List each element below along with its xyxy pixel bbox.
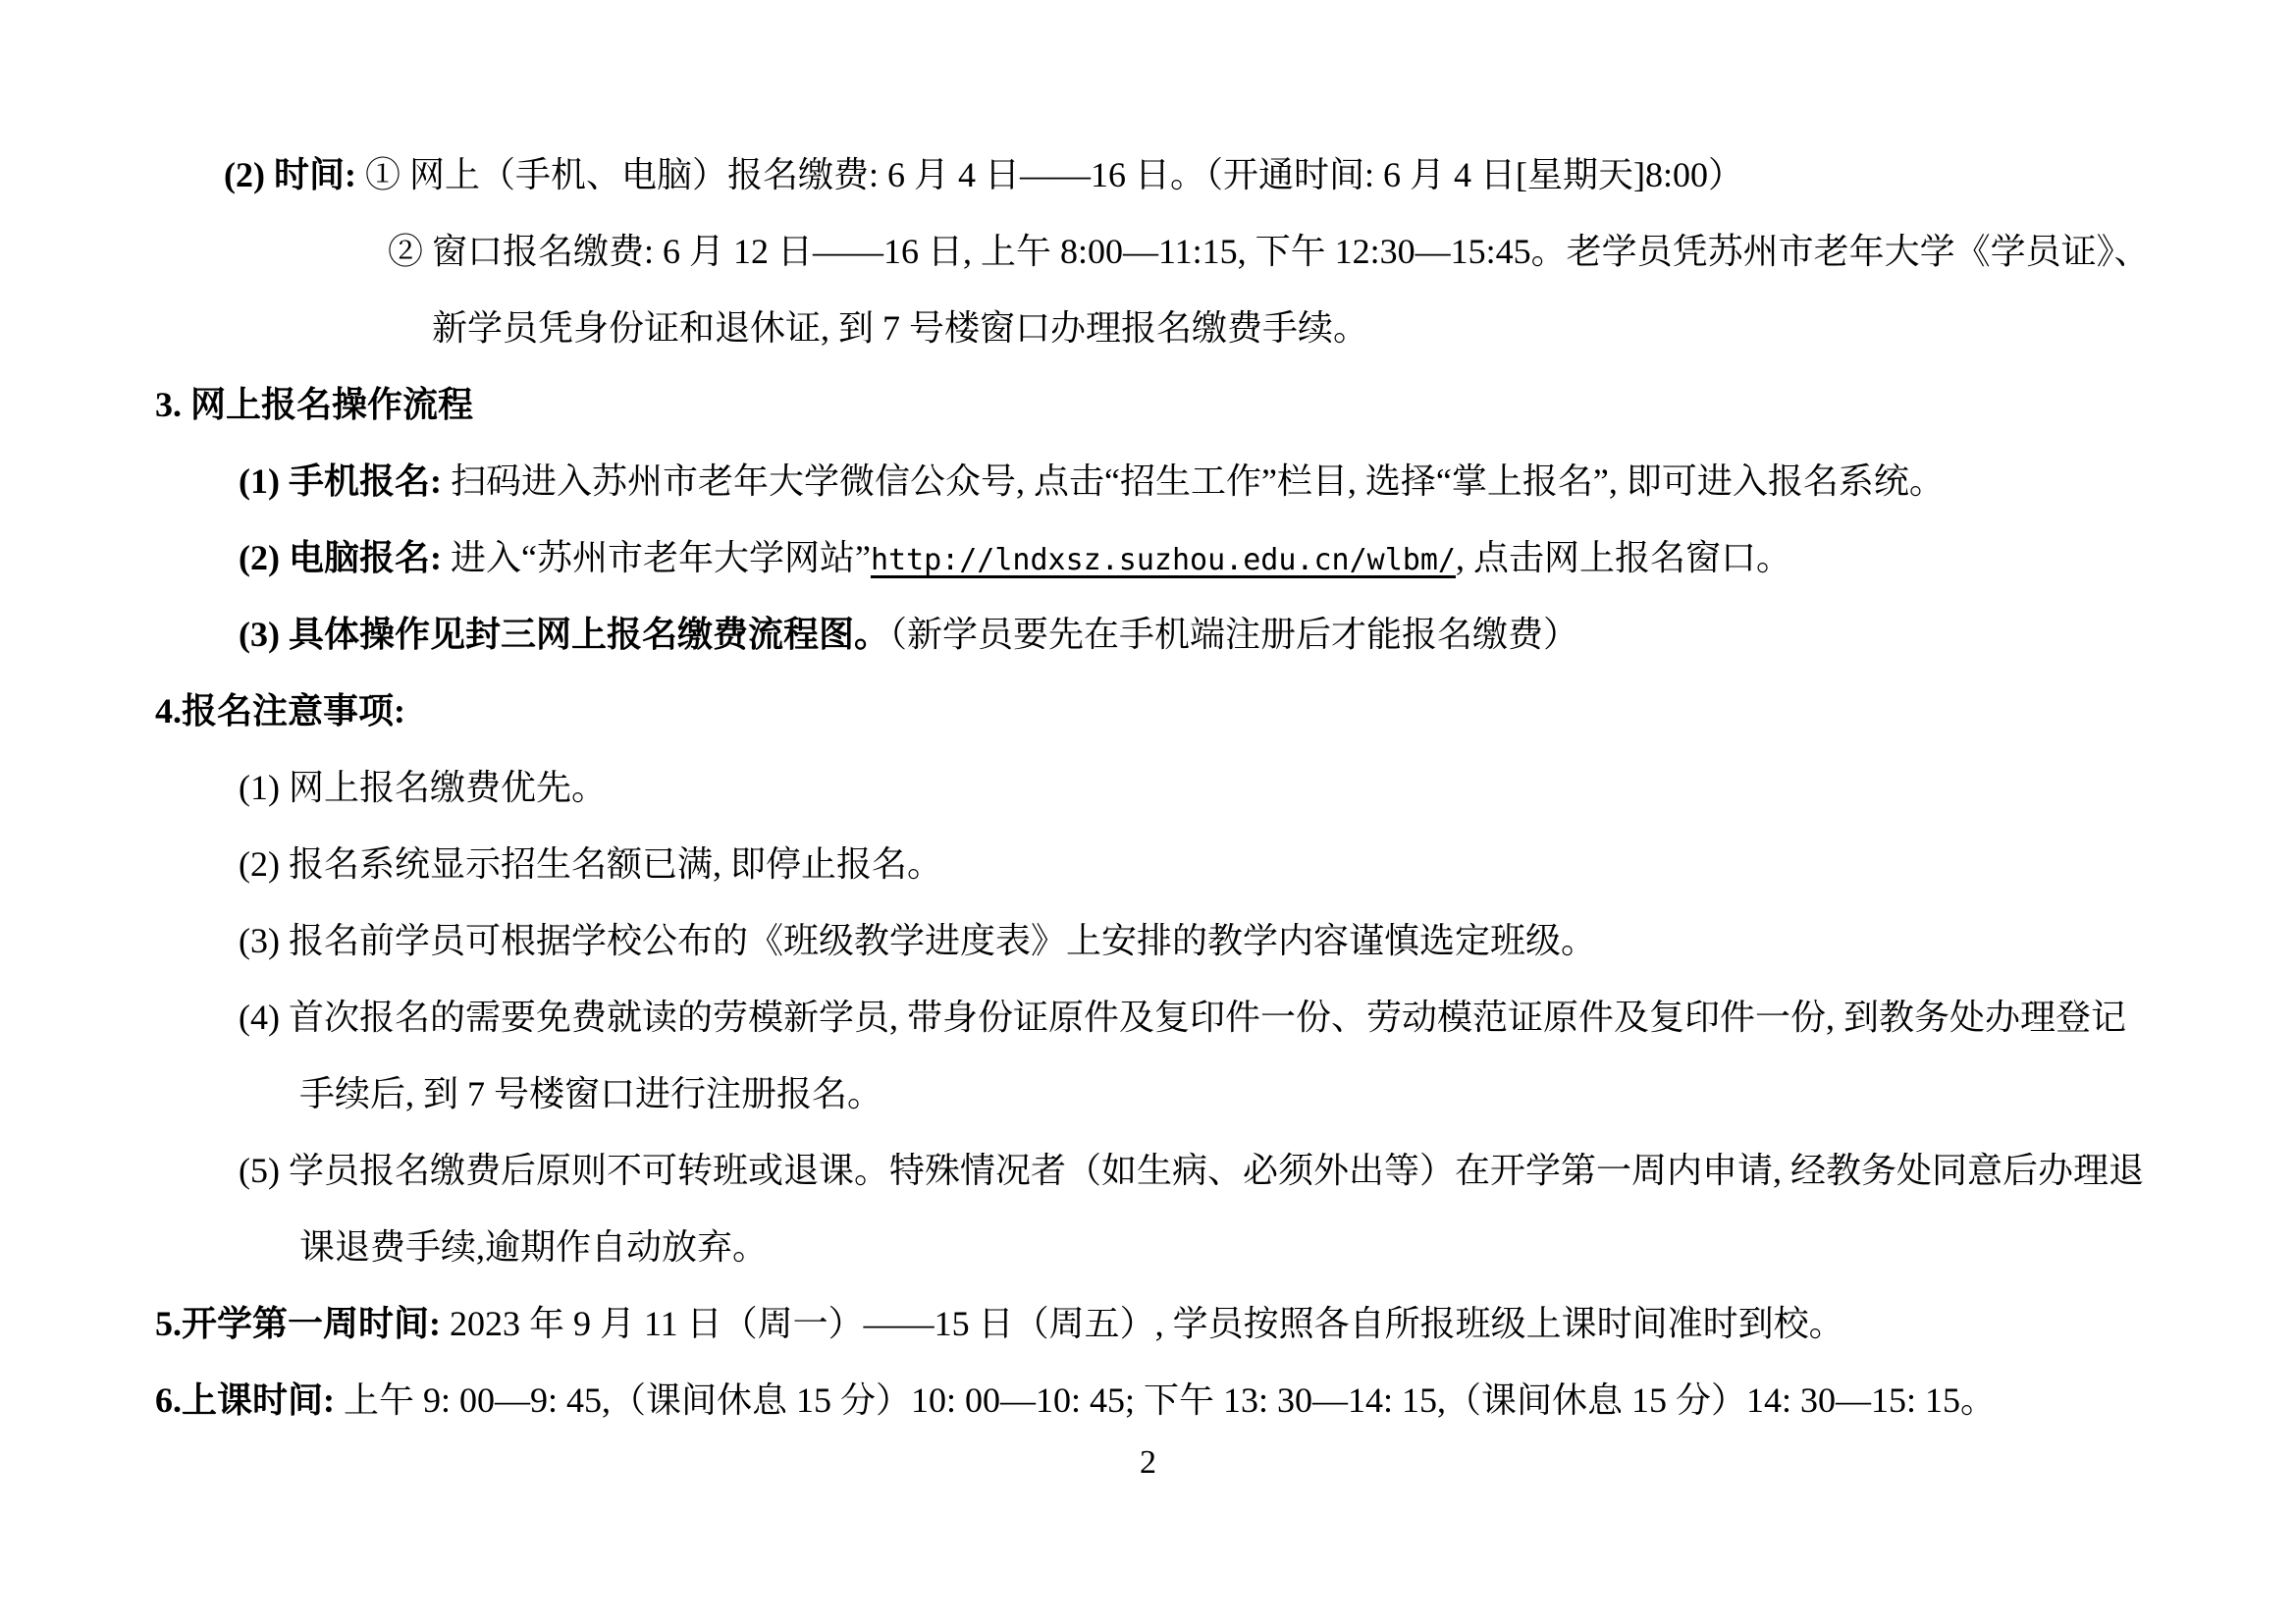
text-segment: (2) 时间:	[224, 155, 365, 194]
item-3-1-mobile-signup: (1) 手机报名: 扫码进入苏州市老年大学微信公众号, 点击“招生工作”栏目, …	[155, 443, 2237, 519]
text-segment: 进入“苏州市老年大学网站”	[451, 538, 871, 577]
item-3-3-flowchart-note: (3) 具体操作见封三网上报名缴费流程图。（新学员要先在手机端注册后才能报名缴费…	[155, 596, 2237, 673]
text-segment: 4.报名注意事项:	[155, 691, 405, 731]
text-segment: （新学员要先在手机端注册后才能报名缴费）	[889, 615, 1578, 654]
document-body: (2) 时间: ① 网上（手机、电脑）报名缴费: 6 月 4 日——16 日。（…	[155, 136, 2237, 1438]
text-segment: (4) 首次报名的需要免费就读的劳模新学员, 带身份证原件及复印件一份、劳动模范…	[239, 998, 2126, 1037]
document-page: (2) 时间: ① 网上（手机、电脑）报名缴费: 6 月 4 日——16 日。（…	[0, 0, 2296, 1624]
text-segment: (3) 具体操作见封三网上报名缴费流程图。	[239, 615, 889, 654]
text-segment: 扫码进入苏州市老年大学微信公众号, 点击“招生工作”栏目, 选择“掌上报名”, …	[451, 461, 1945, 501]
item-2-time-window: ② 窗口报名缴费: 6 月 12 日——16 日, 上午 8:00—11:15,…	[155, 213, 2237, 290]
text-segment: 5.开学第一周时间:	[155, 1304, 450, 1343]
page-number: 2	[0, 1443, 2296, 1483]
item-4-1: (1) 网上报名缴费优先。	[155, 749, 2237, 826]
text-segment: 手续后, 到 7 号楼窗口进行注册报名。	[299, 1074, 882, 1113]
text-segment: 3. 网上报名操作流程	[155, 385, 473, 424]
document-lines: (2) 时间: ① 网上（手机、电脑）报名缴费: 6 月 4 日——16 日。（…	[155, 136, 2237, 1438]
item-4-3: (3) 报名前学员可根据学校公布的《班级教学进度表》上安排的教学内容谨慎选定班级…	[155, 902, 2237, 979]
text-segment: ① 网上（手机、电脑）报名缴费: 6 月 4 日——16 日。（开通时间: 6 …	[365, 155, 1743, 194]
section-5-first-week: 5.开学第一周时间: 2023 年 9 月 11 日（周一）——15 日（周五）…	[155, 1285, 2237, 1362]
text-segment: 上午 9: 00—9: 45,（课间休息 15 分）10: 00—10: 45;…	[344, 1380, 1996, 1420]
signup-url-link[interactable]: http://lndxsz.suzhou.edu.cn/wlbm/	[871, 543, 1456, 577]
section-3-heading: 3. 网上报名操作流程	[155, 366, 2237, 443]
section-4-heading: 4.报名注意事项:	[155, 673, 2237, 749]
text-segment: ② 窗口报名缴费: 6 月 12 日——16 日, 上午 8:00—11:15,…	[388, 232, 2150, 271]
text-segment: 课退费手续,逾期作自动放弃。	[299, 1227, 768, 1267]
item-3-2-computer-signup: (2) 电脑报名: 进入“苏州市老年大学网站”http://lndxsz.suz…	[155, 519, 2237, 596]
item-4-4-continued: 手续后, 到 7 号楼窗口进行注册报名。	[155, 1056, 2237, 1132]
text-segment: , 点击网上报名窗口。	[1456, 538, 1791, 577]
text-segment: (1) 网上报名缴费优先。	[239, 768, 607, 807]
text-segment: (3) 报名前学员可根据学校公布的《班级教学进度表》上安排的教学内容谨慎选定班级…	[239, 921, 1596, 960]
text-segment: (2) 电脑报名:	[239, 538, 451, 577]
text-segment: (1) 手机报名:	[239, 461, 451, 501]
item-4-5-continued: 课退费手续,逾期作自动放弃。	[155, 1209, 2237, 1285]
text-segment: (5) 学员报名缴费后原则不可转班或退课。特殊情况者（如生病、必须外出等）在开学…	[239, 1151, 2144, 1190]
section-6-class-times: 6.上课时间: 上午 9: 00—9: 45,（课间休息 15 分）10: 00…	[155, 1362, 2237, 1438]
text-segment: 新学员凭身份证和退休证, 到 7 号楼窗口办理报名缴费手续。	[432, 308, 1368, 348]
item-2-time-online: (2) 时间: ① 网上（手机、电脑）报名缴费: 6 月 4 日——16 日。（…	[155, 136, 2237, 213]
text-segment: 6.上课时间:	[155, 1380, 344, 1420]
item-4-2: (2) 报名系统显示招生名额已满, 即停止报名。	[155, 826, 2237, 902]
text-segment: (2) 报名系统显示招生名额已满, 即停止报名。	[239, 844, 942, 884]
item-4-5: (5) 学员报名缴费后原则不可转班或退课。特殊情况者（如生病、必须外出等）在开学…	[155, 1132, 2237, 1209]
item-4-4: (4) 首次报名的需要免费就读的劳模新学员, 带身份证原件及复印件一份、劳动模范…	[155, 979, 2237, 1056]
item-2-time-window-continued: 新学员凭身份证和退休证, 到 7 号楼窗口办理报名缴费手续。	[155, 290, 2237, 366]
text-segment: 2023 年 9 月 11 日（周一）——15 日（周五）, 学员按照各自所报班…	[450, 1304, 1844, 1343]
